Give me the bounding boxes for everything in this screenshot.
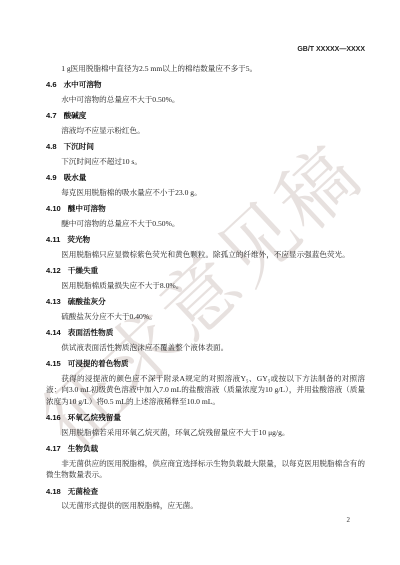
section-heading: 4.7酸碱度 [46,110,365,121]
section-number: 4.18 [46,487,61,496]
section-title: 无菌检查 [68,487,98,496]
section-4-16: 4.16环氧乙烷残留量 医用脱脂棉若采用环氧乙烷灭菌，环氧乙烷残留量应不大于10… [46,412,365,438]
section-number: 4.6 [46,80,57,89]
section-title: 酸碱度 [64,111,87,120]
section-heading: 4.11荧光物 [46,234,365,245]
section-4-7: 4.7酸碱度 溶液均不应显示粉红色。 [46,110,365,136]
section-body: 非无菌供应的医用脱脂棉，供应商宜选择标示生物负载最大限量，以每克医用脱脂棉含有的… [46,458,365,481]
section-title: 可浸提的着色物质 [68,359,129,368]
section-body: 医用脱脂棉只应显微棕紫色荧光和黄色颗粒。除孤立的纤维外，不应显示强蓝色荧光。 [46,249,365,261]
section-number: 4.9 [46,173,57,182]
section-body: 医用脱脂棉若采用环氧乙烷灭菌，环氧乙烷残留量应不大于10 μg/g。 [46,427,365,439]
section-body: 以无菌形式提供的医用脱脂棉，应无菌。 [46,500,365,512]
section-heading: 4.9吸水量 [46,172,365,183]
section-number: 4.12 [46,266,61,275]
section-heading: 4.16环氧乙烷残留量 [46,412,365,423]
section-4-17: 4.17生物负载 非无菌供应的医用脱脂棉，供应商宜选择标示生物负载最大限量，以每… [46,443,365,481]
section-number: 4.15 [46,359,61,368]
section-body: 供试液表面活性物质泡沫应不覆盖整个液体表面。 [46,342,365,354]
section-heading: 4.13硫酸盐灰分 [46,296,365,307]
intro-paragraph: 1 g医用脱脂棉中直径为2.5 mm以上的棉结数量应不多于5。 [46,63,365,74]
section-number: 4.13 [46,297,61,306]
section-4-10: 4.10醚中可溶物 醚中可溶物的总量应不大于0.50%。 [46,203,365,229]
section-4-6: 4.6水中可溶物 水中可溶物的总量应不大于0.50%。 [46,79,365,105]
section-body: 每克医用脱脂棉的吸水量应不小于23.0 g。 [46,187,365,199]
section-4-11: 4.11荧光物 医用脱脂棉只应显微棕紫色荧光和黄色颗粒。除孤立的纤维外，不应显示… [46,234,365,260]
section-title: 荧光物 [67,235,90,244]
section-number: 4.14 [46,328,61,337]
section-4-13: 4.13硫酸盐灰分 硫酸盐灰分应不大于0.40%。 [46,296,365,322]
section-title: 环氧乙烷残留量 [68,413,121,422]
section-number: 4.7 [46,111,57,120]
section-body: 溶液均不应显示粉红色。 [46,125,365,137]
section-number: 4.11 [46,235,60,244]
page-content: GB/T XXXXX—XXXX 1 g医用脱脂棉中直径为2.5 mm以上的棉结数… [46,0,365,512]
section-4-18: 4.18无菌检查 以无菌形式提供的医用脱脂棉，应无菌。 [46,486,365,512]
page-number: 2 [347,516,351,525]
section-heading: 4.14表面活性物质 [46,327,365,338]
section-body: 醚中可溶物的总量应不大于0.50%。 [46,218,365,230]
document-page: 征求意见稿 GB/T XXXXX—XXXX 1 g医用脱脂棉中直径为2.5 mm… [0,0,400,565]
section-number: 4.16 [46,413,61,422]
section-body: 获得的浸提液的颜色应不深于附录A规定的对照溶液Y₅、GY₅或按以下方法制备的对照… [46,373,365,408]
section-title: 水中可溶物 [64,80,102,89]
section-title: 下沉时间 [64,142,94,151]
section-title: 干燥失重 [68,266,98,275]
section-title: 生物负载 [68,444,98,453]
section-heading: 4.12干燥失重 [46,265,365,276]
section-heading: 4.18无菌检查 [46,486,365,497]
section-number: 4.17 [46,444,61,453]
section-heading: 4.15可浸提的着色物质 [46,358,365,369]
section-title: 硫酸盐灰分 [68,297,106,306]
section-heading: 4.10醚中可溶物 [46,203,365,214]
section-body: 医用脱脂棉质量损失应不大于8.0%。 [46,280,365,292]
section-title: 表面活性物质 [68,328,114,337]
section-title: 醚中可溶物 [68,204,106,213]
section-4-9: 4.9吸水量 每克医用脱脂棉的吸水量应不小于23.0 g。 [46,172,365,198]
section-number: 4.10 [46,204,61,213]
section-4-12: 4.12干燥失重 医用脱脂棉质量损失应不大于8.0%。 [46,265,365,291]
section-body: 硫酸盐灰分应不大于0.40%。 [46,311,365,323]
section-title: 吸水量 [64,173,87,182]
section-number: 4.8 [46,142,57,151]
section-4-8: 4.8下沉时间 下沉时间应不超过10 s。 [46,141,365,167]
section-body: 下沉时间应不超过10 s。 [46,156,365,168]
section-heading: 4.6水中可溶物 [46,79,365,90]
section-body: 水中可溶物的总量应不大于0.50%。 [46,94,365,106]
section-4-15: 4.15可浸提的着色物质 获得的浸提液的颜色应不深于附录A规定的对照溶液Y₅、G… [46,358,365,407]
section-heading: 4.8下沉时间 [46,141,365,152]
section-4-14: 4.14表面活性物质 供试液表面活性物质泡沫应不覆盖整个液体表面。 [46,327,365,353]
standard-number-header: GB/T XXXXX—XXXX [46,45,365,55]
section-heading: 4.17生物负载 [46,443,365,454]
